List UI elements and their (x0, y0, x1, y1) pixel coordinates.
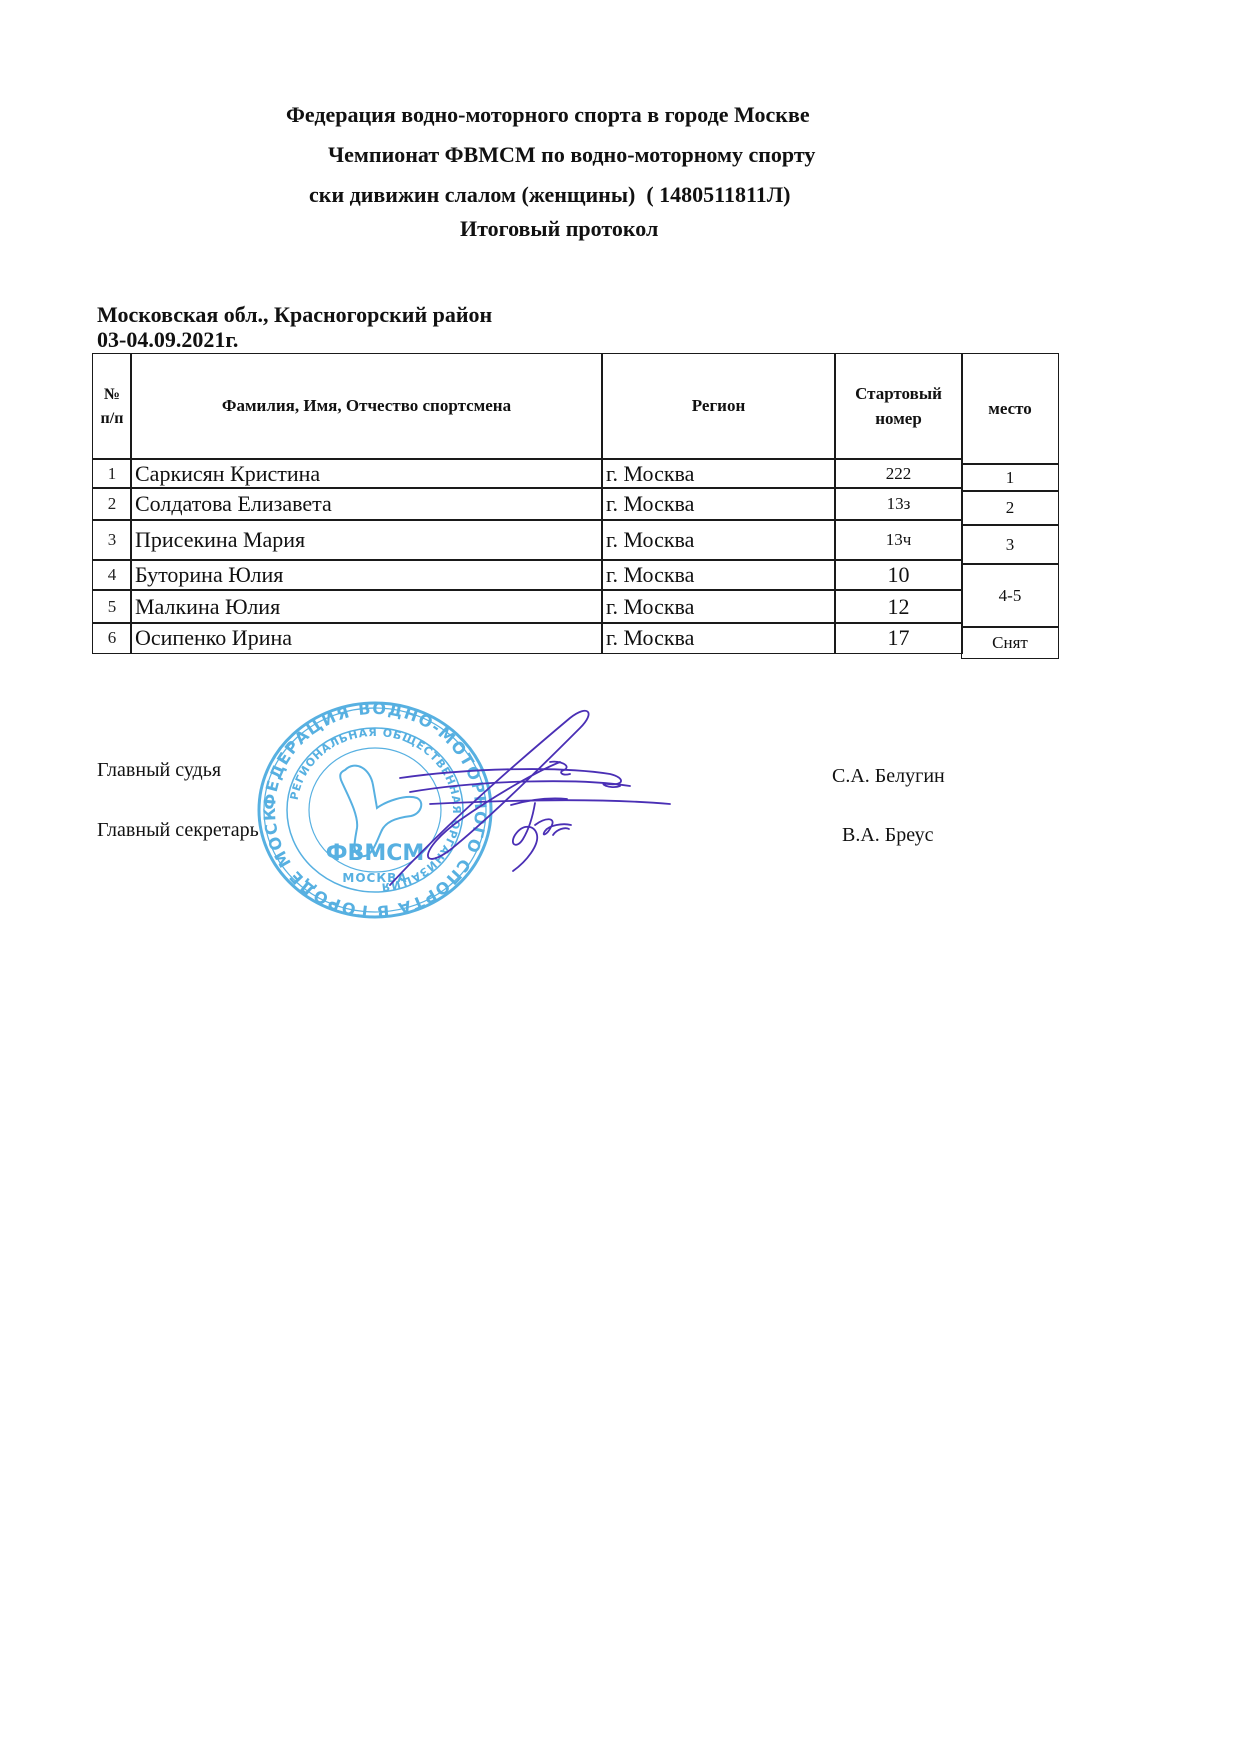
place-value: 4-5 (999, 586, 1022, 606)
chief-secretary-label: Главный секретарь (97, 820, 259, 840)
cell-region: г. Москва (601, 519, 836, 561)
region-value: г. Москва (606, 625, 694, 651)
region-value: г. Москва (606, 491, 694, 517)
cell-region: г. Москва (601, 622, 836, 654)
name-value: Осипенко Ирина (135, 625, 292, 651)
region-value: г. Москва (606, 562, 694, 588)
start-value: 13з (887, 494, 911, 514)
cell-region: г. Москва (601, 559, 836, 591)
cell-place: 4-5 (961, 563, 1059, 628)
cell-name: Саркисян Кристина (130, 458, 603, 489)
discipline-title: ски дивижин слалом (женщины) ( 148051181… (309, 184, 790, 206)
cell-place: Снят (961, 626, 1059, 659)
cell-start: 12 (834, 589, 963, 624)
header-region: Регион (601, 353, 836, 460)
num-value: 6 (108, 628, 117, 648)
start-value: 222 (886, 464, 912, 484)
header-name: Фамилия, Имя, Отчество спортсмена (130, 353, 603, 460)
header-start-line1: Стартовый (855, 382, 942, 407)
cell-place: 1 (961, 463, 1059, 492)
chief-judge-name: С.А. Белугин (832, 766, 945, 786)
venue-dates: 03-04.09.2021г. (97, 329, 238, 351)
cell-region: г. Москва (601, 458, 836, 489)
header-name-label: Фамилия, Имя, Отчество спортсмена (222, 394, 511, 419)
cell-region: г. Москва (601, 589, 836, 624)
cell-num: 3 (92, 519, 132, 561)
header-num: № п/п (92, 353, 132, 460)
championship-title: Чемпионат ФВМСМ по водно-моторному спорт… (328, 144, 815, 166)
cell-num: 5 (92, 589, 132, 624)
region-value: г. Москва (606, 594, 694, 620)
place-value: 3 (1006, 535, 1015, 555)
protocol-title: Итоговый протокол (460, 218, 658, 240)
cell-start: 13ч (834, 519, 963, 561)
cell-name: Присекина Мария (130, 519, 603, 561)
cell-region: г. Москва (601, 487, 836, 521)
place-value: Снят (992, 633, 1028, 653)
cell-start: 13з (834, 487, 963, 521)
header-num-pp: п/п (101, 407, 124, 430)
name-value: Солдатова Елизавета (135, 491, 332, 517)
num-value: 3 (108, 530, 117, 550)
num-value: 5 (108, 597, 117, 617)
cell-start: 222 (834, 458, 963, 489)
start-value: 12 (888, 594, 910, 620)
start-value: 10 (888, 562, 910, 588)
federation-title: Федерация водно-моторного спорта в город… (286, 104, 810, 126)
name-value: Буторина Юлия (135, 562, 283, 588)
cell-num: 6 (92, 622, 132, 654)
place-value: 2 (1006, 498, 1015, 518)
cell-start: 10 (834, 559, 963, 591)
name-value: Саркисян Кристина (135, 461, 320, 487)
venue-location: Московская обл., Красногорский район (97, 304, 492, 326)
start-value: 17 (888, 625, 910, 651)
cell-name: Малкина Юлия (130, 589, 603, 624)
cell-name: Буторина Юлия (130, 559, 603, 591)
cell-num: 1 (92, 458, 132, 489)
region-value: г. Москва (606, 461, 694, 487)
cell-place: 3 (961, 524, 1059, 565)
region-value: г. Москва (606, 527, 694, 553)
cell-name: Солдатова Елизавета (130, 487, 603, 521)
chief-secretary-name: В.А. Бреус (842, 825, 934, 845)
header-start-line2: номер (875, 407, 922, 432)
header-num-symbol: № (104, 383, 120, 406)
header-place-label: место (988, 397, 1032, 422)
name-value: Малкина Юлия (135, 594, 280, 620)
num-value: 1 (108, 464, 117, 484)
name-value: Присекина Мария (135, 527, 305, 553)
cell-place: 2 (961, 490, 1059, 526)
cell-num: 2 (92, 487, 132, 521)
chief-secretary-signature (505, 795, 595, 885)
place-value: 1 (1006, 468, 1015, 488)
header-place: место (961, 353, 1059, 465)
num-value: 2 (108, 494, 117, 514)
header-start-number: Стартовый номер (834, 353, 963, 460)
num-value: 4 (108, 565, 117, 585)
header-region-label: Регион (692, 394, 746, 419)
cell-name: Осипенко Ирина (130, 622, 603, 654)
chief-judge-label: Главный судья (97, 760, 221, 780)
start-value: 13ч (886, 530, 912, 550)
cell-start: 17 (834, 622, 963, 654)
cell-num: 4 (92, 559, 132, 591)
